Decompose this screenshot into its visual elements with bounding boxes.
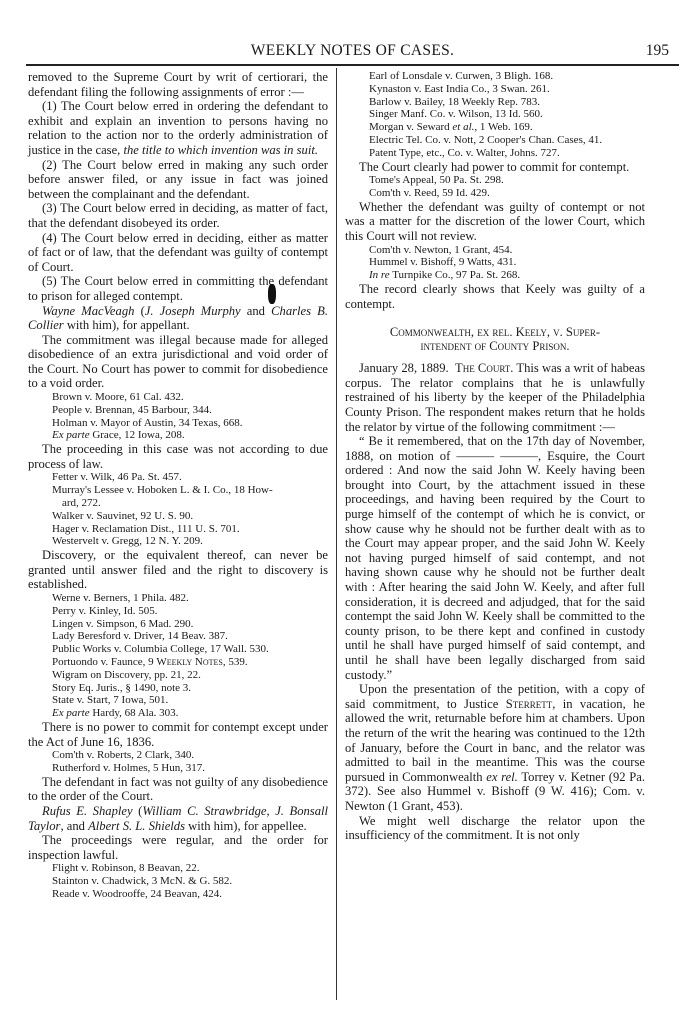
court-label: The Court. bbox=[455, 361, 513, 375]
italic-text: the title to which invention was in suit… bbox=[123, 143, 318, 157]
column-divider bbox=[336, 68, 337, 1000]
citation: Barlow v. Bailey, 18 Weekly Rep. 783. bbox=[345, 96, 645, 109]
italic-text: ex rel. bbox=[486, 770, 518, 784]
case-title-line-1: Commonwealth, ex rel. Keely, v. Super- bbox=[345, 325, 645, 339]
paragraph: Whether the defendant was guilty of cont… bbox=[345, 200, 645, 244]
citation: Hummel v. Bishoff, 9 Watts, 431. bbox=[345, 256, 645, 269]
citation: Perry v. Kinley, Id. 505. bbox=[28, 605, 328, 618]
journal-title: WEEKLY NOTES OF CASES. bbox=[26, 42, 679, 60]
counsel-for-appellee: Rufus E. Shapley (William C. Strawbridge… bbox=[28, 804, 328, 833]
citation: Tome's Appeal, 50 Pa. St. 298. bbox=[345, 174, 645, 187]
opinion-paragraph: January 28, 1889. The Court. This was a … bbox=[345, 361, 645, 434]
assignment-of-error-2: (2) The Court below erred in making any … bbox=[28, 158, 328, 202]
text: Portuondo v. Faunce, 9 bbox=[52, 656, 156, 668]
text: , and bbox=[60, 819, 88, 833]
paragraph: The record clearly shows that Keely was … bbox=[345, 282, 645, 311]
text: , 1 Web. 169. bbox=[474, 121, 532, 133]
counsel-name: J. Joseph Murphy bbox=[145, 304, 241, 318]
assignment-of-error-1: (1) The Court below erred in ordering th… bbox=[28, 99, 328, 157]
small-caps-text: Weekly Notes bbox=[156, 656, 223, 668]
case-title-line-2: intendent of County Prison. bbox=[345, 339, 645, 353]
counsel-name: Rufus E. Shapley bbox=[42, 804, 133, 818]
citation: Public Works v. Columbia College, 17 Wal… bbox=[28, 643, 328, 656]
assignment-of-error-3: (3) The Court below erred in deciding, a… bbox=[28, 201, 328, 230]
paragraph: The commitment was illegal because made … bbox=[28, 333, 328, 391]
assignment-of-error-4: (4) The Court below erred in deciding, e… bbox=[28, 231, 328, 275]
counsel-for-appellant: Wayne MacVeagh (J. Joseph Murphy and Cha… bbox=[28, 304, 328, 333]
italic-text: Ex parte bbox=[52, 707, 90, 719]
citation: Holman v. Mayor of Austin, 34 Texas, 668… bbox=[28, 417, 328, 430]
paragraph: Discovery, or the equivalent thereof, ca… bbox=[28, 548, 328, 592]
case-title: Commonwealth, ex rel. Keely, v. Super- i… bbox=[345, 325, 645, 353]
citation: Wigram on Discovery, pp. 21, 22. bbox=[28, 669, 328, 682]
citation: Portuondo v. Faunce, 9 Weekly Notes, 539… bbox=[28, 656, 328, 669]
citation-continued: ard, 272. bbox=[28, 497, 328, 510]
paragraph: removed to the Supreme Court by writ of … bbox=[28, 70, 328, 99]
citation: Story Eq. Juris., § 1490, note 3. bbox=[28, 682, 328, 695]
citation: Westervelt v. Gregg, 12 N. Y. 209. bbox=[28, 535, 328, 548]
citation: Fetter v. Wilk, 46 Pa. St. 457. bbox=[28, 471, 328, 484]
citation: Kynaston v. East India Co., 3 Swan. 261. bbox=[345, 83, 645, 96]
citation: Werne v. Berners, 1 Phila. 482. bbox=[28, 592, 328, 605]
text: ( bbox=[133, 804, 143, 818]
left-column: removed to the Supreme Court by writ of … bbox=[28, 70, 328, 901]
opinion-paragraph: We might well discharge the relator upon… bbox=[345, 814, 645, 843]
justice-name: Sterrett bbox=[506, 697, 553, 711]
text: with him), for appellee. bbox=[185, 819, 307, 833]
page-number: 195 bbox=[646, 42, 669, 60]
paragraph: The Court clearly had power to commit fo… bbox=[345, 160, 645, 175]
opinion-date: January 28, 1889. bbox=[359, 361, 449, 375]
citation: Earl of Lonsdale v. Curwen, 3 Bligh. 168… bbox=[345, 70, 645, 83]
right-column: Earl of Lonsdale v. Curwen, 3 Bligh. 168… bbox=[345, 70, 645, 843]
citation: Murray's Lessee v. Hoboken L. & I. Co., … bbox=[28, 484, 328, 497]
header-rule bbox=[26, 64, 679, 66]
citation: Morgan v. Seward et al., 1 Web. 169. bbox=[345, 121, 645, 134]
text: Hardy, 68 Ala. 303. bbox=[90, 707, 179, 719]
citation: Com'th v. Reed, 59 Id. 429. bbox=[345, 187, 645, 200]
text: ( bbox=[134, 304, 144, 318]
citation: Flight v. Robinson, 8 Beavan, 22. bbox=[28, 862, 328, 875]
text: , 539. bbox=[223, 656, 248, 668]
ink-blot bbox=[268, 284, 276, 304]
italic-text: et al. bbox=[452, 121, 474, 133]
citation: Walker v. Sauvinet, 92 U. S. 90. bbox=[28, 510, 328, 523]
italic-text: In re bbox=[369, 269, 390, 281]
text: and bbox=[241, 304, 271, 318]
paragraph: There is no power to commit for contempt… bbox=[28, 720, 328, 749]
text: Turnpike Co., 97 Pa. St. 268. bbox=[390, 269, 521, 281]
paragraph: The proceedings were regular, and the or… bbox=[28, 833, 328, 862]
citation: Brown v. Moore, 61 Cal. 432. bbox=[28, 391, 328, 404]
citation: Rutherford v. Holmes, 5 Hun, 317. bbox=[28, 762, 328, 775]
citation: Electric Tel. Co. v. Nott, 2 Cooper's Ch… bbox=[345, 134, 645, 147]
text: Morgan v. Seward bbox=[369, 121, 452, 133]
citation: Stainton v. Chadwick, 3 McN. & G. 582. bbox=[28, 875, 328, 888]
citation: Lady Beresford v. Driver, 14 Beav. 387. bbox=[28, 630, 328, 643]
text: Grace, 12 Iowa, 208. bbox=[90, 429, 185, 441]
citation: Hager v. Reclamation Dist., 111 U. S. 70… bbox=[28, 523, 328, 536]
citation: Patent Type, etc., Co. v. Walter, Johns.… bbox=[345, 147, 645, 160]
text: with him), for appellant. bbox=[64, 318, 190, 332]
assignment-of-error-5: (5) The Court below erred in committing … bbox=[28, 274, 328, 303]
paragraph: The defendant in fact was not guilty of … bbox=[28, 775, 328, 804]
commitment-quote: “ Be it remembered, that on the 17th day… bbox=[345, 434, 645, 682]
counsel-name: Wayne MacVeagh bbox=[42, 304, 134, 318]
citation: State v. Start, 7 Iowa, 501. bbox=[28, 694, 328, 707]
italic-text: Ex parte bbox=[52, 429, 90, 441]
citation: People v. Brennan, 45 Barbour, 344. bbox=[28, 404, 328, 417]
citation: Singer Manf. Co. v. Wilson, 13 Id. 560. bbox=[345, 108, 645, 121]
citation: In re Turnpike Co., 97 Pa. St. 268. bbox=[345, 269, 645, 282]
paragraph: The proceeding in this case was not acco… bbox=[28, 442, 328, 471]
citation: Reade v. Woodrooffe, 24 Beavan, 424. bbox=[28, 888, 328, 901]
citation: Com'th v. Newton, 1 Grant, 454. bbox=[345, 244, 645, 257]
citation: Ex parte Hardy, 68 Ala. 303. bbox=[28, 707, 328, 720]
citation: Com'th v. Roberts, 2 Clark, 340. bbox=[28, 749, 328, 762]
counsel-name: Albert S. L. Shields bbox=[88, 819, 185, 833]
running-header: WEEKLY NOTES OF CASES. 195 bbox=[26, 42, 679, 64]
citation: Ex parte Grace, 12 Iowa, 208. bbox=[28, 429, 328, 442]
opinion-paragraph: Upon the presentation of the petition, w… bbox=[345, 682, 645, 813]
citation: Lingen v. Simpson, 6 Mad. 290. bbox=[28, 618, 328, 631]
